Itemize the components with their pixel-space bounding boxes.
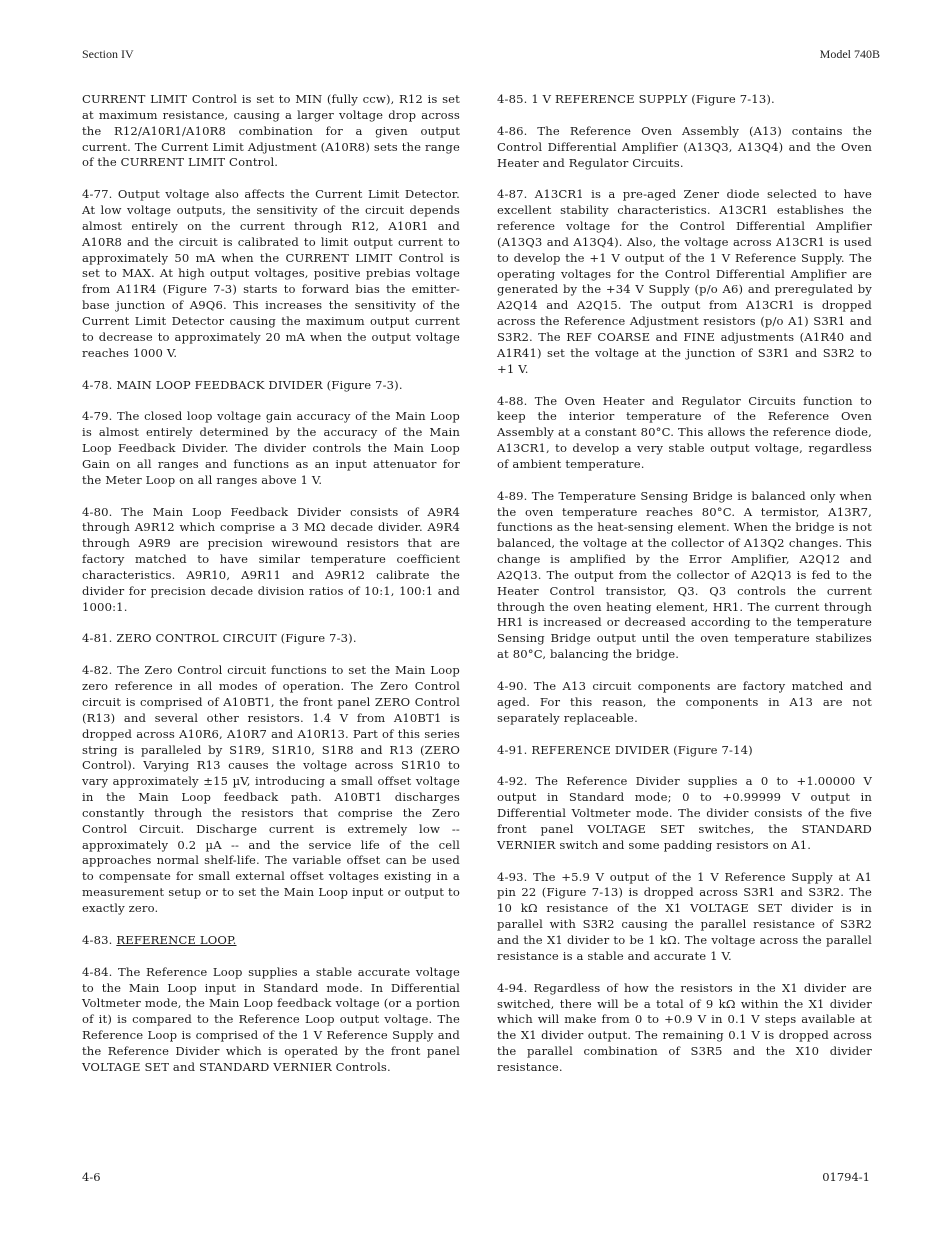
document-code: 01794-1 bbox=[822, 1170, 870, 1184]
paragraph-4-86: 4-86. The Reference Oven Assembly (A13) … bbox=[497, 124, 872, 172]
paragraph-4-84: 4-84. The Reference Loop supplies a stab… bbox=[82, 965, 460, 1076]
heading-4-83-number: 4-83. bbox=[82, 933, 116, 947]
paragraph-4-79: 4-79. The closed loop voltage gain accur… bbox=[82, 409, 460, 488]
paragraph-4-80: 4-80. The Main Loop Feedback Divider con… bbox=[82, 505, 460, 616]
paragraph-4-90: 4-90. The A13 circuit components are fac… bbox=[497, 679, 872, 727]
paragraph-4-92: 4-92. The Reference Divider supplies a 0… bbox=[497, 774, 872, 853]
paragraph-4-94: 4-94. Regardless of how the resistors in… bbox=[497, 981, 872, 1076]
right-column: 4-85. 1 V REFERENCE SUPPLY (Figure 7-13)… bbox=[497, 92, 872, 1092]
paragraph-4-88: 4-88. The Oven Heater and Regulator Circ… bbox=[497, 394, 872, 473]
heading-4-83: 4-83. REFERENCE LOOP. bbox=[82, 933, 460, 949]
paragraph-continued: CURRENT LIMIT Control is set to MIN (ful… bbox=[82, 92, 460, 171]
heading-4-81: 4-81. ZERO CONTROL CIRCUIT (Figure 7-3). bbox=[82, 631, 460, 647]
running-head-section: Section IV bbox=[82, 47, 134, 62]
paragraph-4-89: 4-89. The Temperature Sensing Bridge is … bbox=[497, 489, 872, 663]
paragraph-4-93: 4-93. The +5.9 V output of the 1 V Refer… bbox=[497, 870, 872, 965]
heading-4-78: 4-78. MAIN LOOP FEEDBACK DIVIDER (Figure… bbox=[82, 378, 460, 394]
heading-4-91: 4-91. REFERENCE DIVIDER (Figure 7-14) bbox=[497, 743, 872, 759]
heading-4-85: 4-85. 1 V REFERENCE SUPPLY (Figure 7-13)… bbox=[497, 92, 872, 108]
paragraph-4-87: 4-87. A13CR1 is a pre-aged Zener diode s… bbox=[497, 187, 872, 377]
paragraph-4-77: 4-77. Output voltage also affects the Cu… bbox=[82, 187, 460, 361]
paragraph-4-82: 4-82. The Zero Control circuit functions… bbox=[82, 663, 460, 917]
left-column: CURRENT LIMIT Control is set to MIN (ful… bbox=[82, 92, 460, 1092]
running-head-model: Model 740B bbox=[820, 47, 880, 62]
page-number: 4-6 bbox=[82, 1170, 101, 1184]
heading-4-83-title: REFERENCE LOOP. bbox=[116, 933, 236, 947]
